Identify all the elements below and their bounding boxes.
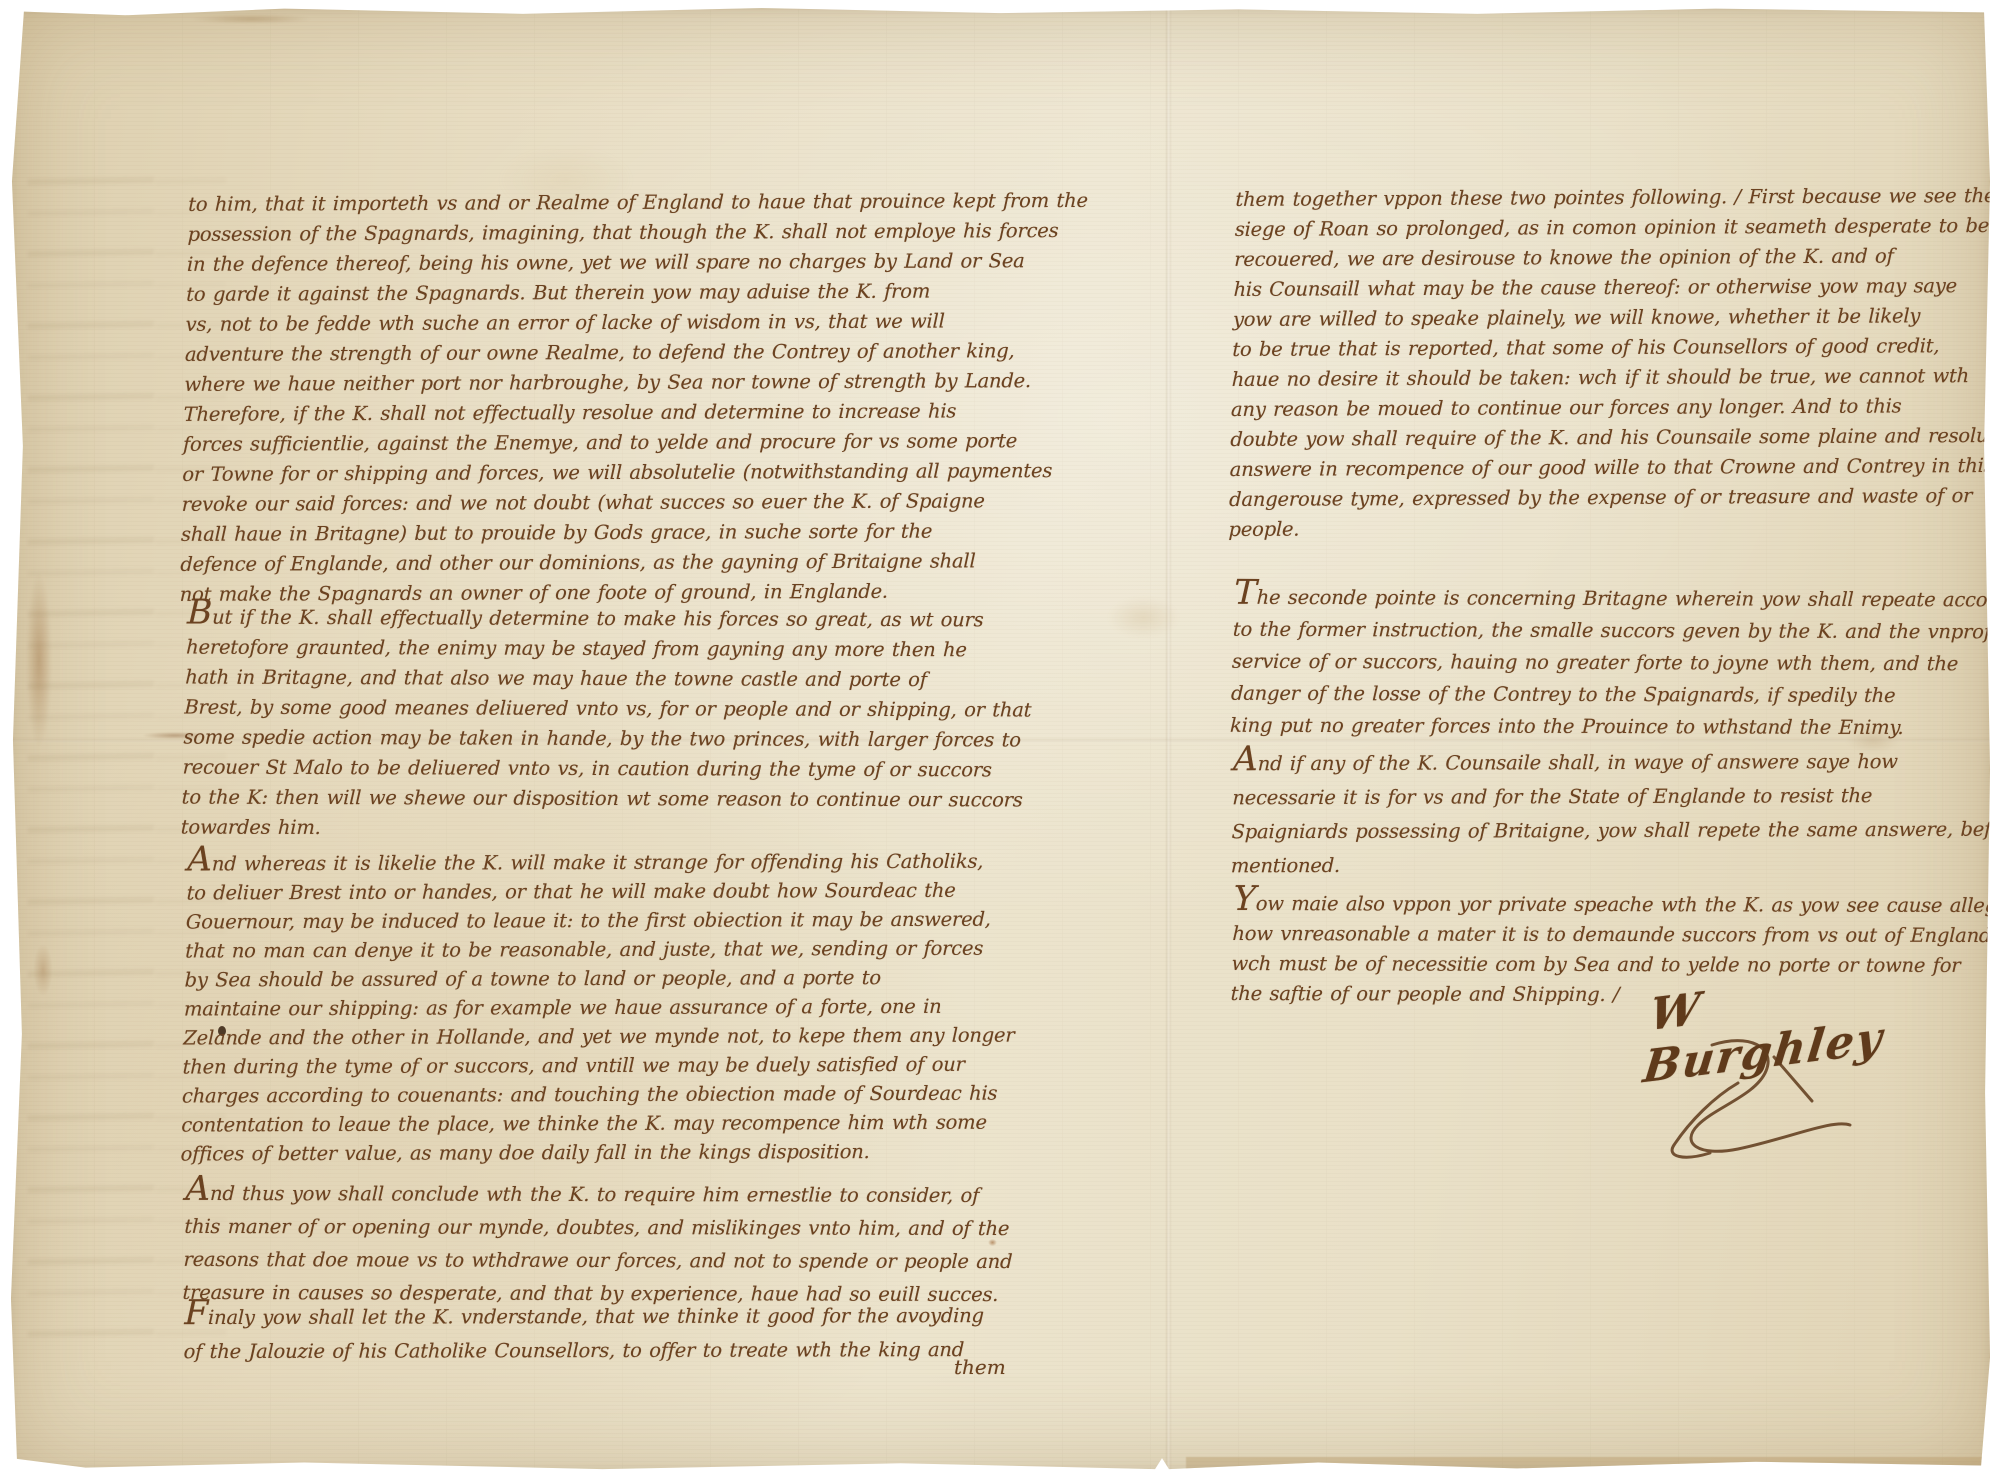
manuscript-line: heretofore graunted, the enimy may be st… xyxy=(186,633,1027,666)
manuscript-line: king put no greater forces into the Prou… xyxy=(1230,710,1973,745)
manuscript-line: Finaly yow shall let the K. vnderstande,… xyxy=(184,1298,1025,1335)
manuscript-line: people. xyxy=(1228,511,1971,545)
manuscript-line: of the Jalouzie of his Catholike Counsel… xyxy=(183,1333,1024,1369)
photo-background: to him, that it importeth vs and or Real… xyxy=(0,0,2000,1483)
manuscript-line: And thus yow shall conclude wth the K. t… xyxy=(185,1176,1026,1212)
paragraph: And thus yow shall conclude wth the K. t… xyxy=(182,1176,1026,1311)
paragraph: to him, that it importeth vs and or Real… xyxy=(179,186,1028,610)
discoloration-patch xyxy=(1096,590,1191,645)
edge-stain xyxy=(30,935,56,1005)
manuscript-line: some spedie action may be taken in hande… xyxy=(183,723,1024,756)
manuscript-line: then during the tyme of or succors, and … xyxy=(182,1050,1023,1082)
manuscript-line: this maner of or opening our mynde, doub… xyxy=(184,1210,1025,1245)
manuscript-line: maintaine our shipping: as for example w… xyxy=(184,992,1025,1024)
manuscript-line: Gouernour, may be induced to leaue it: t… xyxy=(186,905,1027,937)
manuscript-line: answere in recompence of our good wille … xyxy=(1229,451,1972,485)
manuscript-line: yow are willed to speake plainely, we wi… xyxy=(1233,301,1976,335)
manuscript-line: charges according to couenants: and touc… xyxy=(182,1079,1023,1111)
manuscript-line: mentioned. xyxy=(1230,847,1973,884)
manuscript-sheet: to him, that it importeth vs and or Real… xyxy=(6,5,1994,1475)
signature-flourish-icon xyxy=(1654,1037,1864,1167)
manuscript-line: doubte yow shall require of the K. and h… xyxy=(1230,421,1973,455)
manuscript-line: dangerouse tyme, expressed by the expens… xyxy=(1229,481,1972,515)
verso-show-through xyxy=(28,164,154,1356)
under-leaf-edge xyxy=(1186,1457,1991,1471)
paragraph: them together vppon these two pointes fo… xyxy=(1228,181,1978,545)
manuscript-line: his Counsaill what may be the cause ther… xyxy=(1233,271,1976,305)
manuscript-line: But if the K. shall effectually determin… xyxy=(187,600,1028,636)
manuscript-line: shall haue in Britagne) but to prouide b… xyxy=(181,516,1022,550)
manuscript-line: Zelande and the other in Hollande, and y… xyxy=(183,1021,1024,1053)
manuscript-line: hath in Britagne, and that also we may h… xyxy=(185,663,1026,696)
manuscript-line: in the defence thereof, being his owne, … xyxy=(187,246,1028,280)
manuscript-line: to garde it against the Spagnards. But t… xyxy=(186,276,1027,310)
top-edge-stain xyxy=(176,13,326,25)
manuscript-line: reasons that doe moue vs to wthdrawe our… xyxy=(183,1243,1024,1278)
paragraph: And whereas it is likelie the K. will ma… xyxy=(180,844,1027,1169)
manuscript-line: where we haue neither port nor harbrough… xyxy=(184,366,1025,400)
manuscript-line: to be true that is reported, that some o… xyxy=(1232,331,1975,365)
paragraph: But if the K. shall effectually determin… xyxy=(180,600,1027,846)
paragraph: The seconde pointe is concerning Britagn… xyxy=(1230,580,1977,745)
manuscript-line: adventure the strength of our owne Realm… xyxy=(185,336,1026,370)
manuscript-line: that no man can denye it to be reasonabl… xyxy=(185,934,1026,966)
manuscript-line: or Towne for or shipping and forces, we … xyxy=(182,456,1023,490)
manuscript-line: And whereas it is likelie the K. will ma… xyxy=(187,844,1028,879)
manuscript-line: them together vppon these two pointes fo… xyxy=(1235,181,1978,215)
manuscript-line: contentation to leaue the place, we thin… xyxy=(181,1108,1022,1140)
manuscript-line: to deliuer Brest into or handes, or that… xyxy=(186,876,1027,908)
signature-block: W Burghley xyxy=(1618,967,1898,1167)
manuscript-line: offices of better value, as many doe dai… xyxy=(180,1137,1021,1169)
manuscript-line: siege of Roan so prolonged, as in comon … xyxy=(1235,211,1978,245)
manuscript-line: And if any of the K. Counsaile shall, in… xyxy=(1233,744,1976,782)
manuscript-line: Therefore, if the K. shall not effectual… xyxy=(183,396,1024,430)
manuscript-line: how vnreasonable a mater it is to demaun… xyxy=(1232,919,1975,951)
manuscript-line: possession of the Spagnards, imagining, … xyxy=(187,216,1028,250)
manuscript-line: by Sea should be assured of a towne to l… xyxy=(184,963,1025,995)
manuscript-line: recouered, we are desirouse to knowe the… xyxy=(1234,241,1977,275)
manuscript-line: service of or succors, hauing no greater… xyxy=(1231,646,1974,681)
catchword: them xyxy=(954,1355,1006,1379)
manuscript-line: necessarie it is for vs and for the Stat… xyxy=(1232,779,1975,816)
manuscript-line: danger of the losse of the Contrey to th… xyxy=(1231,678,1974,713)
manuscript-line: defence of Englande, and other our domin… xyxy=(180,546,1021,580)
manuscript-line: to the former instruction, the smalle su… xyxy=(1232,614,1975,649)
manuscript-line: Spaigniards possessing of Britaigne, yow… xyxy=(1231,813,1974,850)
manuscript-line: vs, not to be fedde wth suche an error o… xyxy=(185,306,1026,340)
manuscript-line: Brest, by some good meanes deliuered vnt… xyxy=(184,693,1025,726)
manuscript-line: Yow maie also vppon yor private speache … xyxy=(1233,886,1976,921)
manuscript-line: to him, that it importeth vs and or Real… xyxy=(188,186,1029,220)
manuscript-line: The seconde pointe is concerning Britagn… xyxy=(1233,580,1976,617)
manuscript-line: towardes him. xyxy=(180,813,1021,846)
manuscript-line: forces sufficientlie, against the Enemye… xyxy=(183,426,1024,460)
manuscript-line: revoke our said forces: and we not doubt… xyxy=(181,486,1022,520)
manuscript-line: recouer St Malo to be deliuered vnto vs,… xyxy=(182,753,1023,786)
paragraph: And if any of the K. Counsaile shall, in… xyxy=(1230,744,1975,884)
manuscript-line: any reason be moued to continue our forc… xyxy=(1231,391,1974,425)
manuscript-line: haue no desire it should be taken: wch i… xyxy=(1231,361,1974,395)
paragraph: Finaly yow shall let the K. vnderstande,… xyxy=(183,1298,1025,1369)
manuscript-line: to the K: then will we shewe our disposi… xyxy=(181,783,1022,816)
